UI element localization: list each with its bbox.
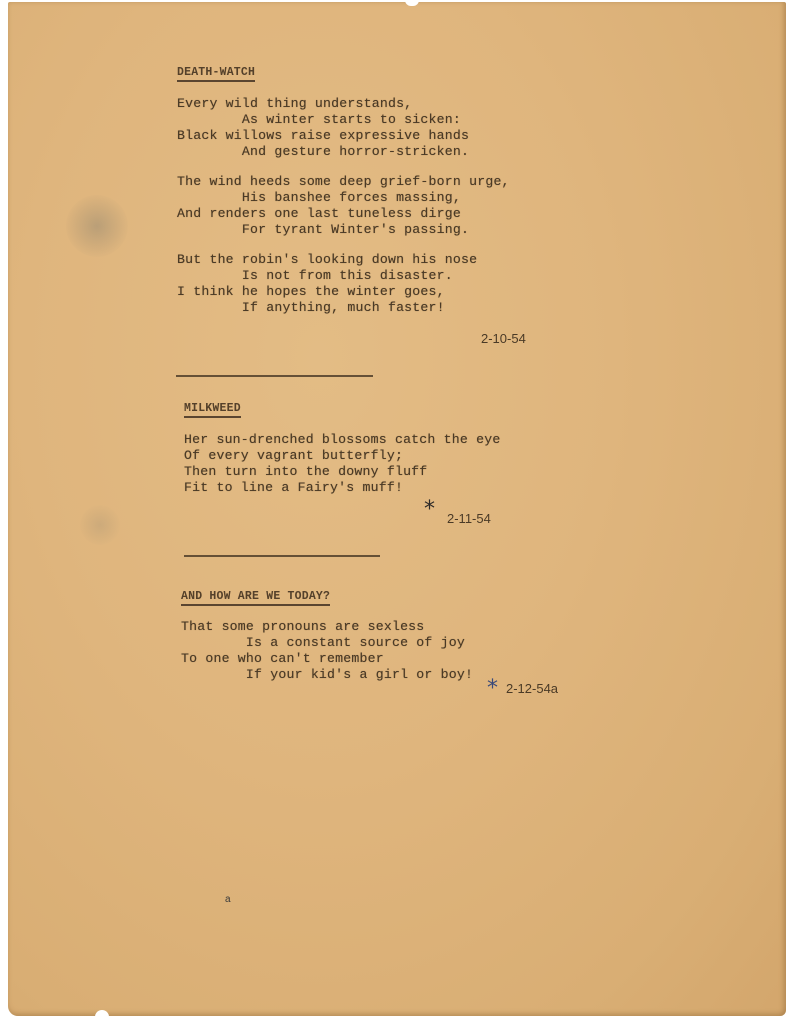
- poem-line: Of every vagrant butterfly;: [184, 448, 403, 464]
- poem-line: If anything, much faster!: [177, 300, 445, 316]
- poem-line: To one who can't remember: [181, 651, 384, 667]
- poem-line: That some pronouns are sexless: [181, 619, 424, 635]
- poem-line: His banshee forces massing,: [177, 190, 461, 206]
- poem-line: Is not from this disaster.: [177, 268, 453, 284]
- poem-line: Then turn into the downy fluff: [184, 464, 427, 480]
- poem-date: 2-11-54: [447, 511, 491, 526]
- asterisk-annotation-icon: *: [424, 499, 435, 521]
- poem-date: 2-12-54a: [506, 681, 558, 696]
- poem-line: Fit to line a Fairy's muff!: [184, 480, 403, 496]
- poem-line: Is a constant source of joy: [181, 635, 465, 651]
- poem-line: But the robin's looking down his nose: [177, 252, 477, 268]
- poem-title: MILKWEED: [184, 402, 241, 418]
- poem-line: Her sun-drenched blossoms catch the eye: [184, 432, 500, 448]
- asterisk-annotation-icon: *: [487, 678, 498, 700]
- paper-tear-bottom: [95, 1010, 109, 1020]
- paper-stain: [80, 505, 120, 545]
- poem-title: AND HOW ARE WE TODAY?: [181, 590, 330, 606]
- poem-line: Every wild thing understands,: [177, 96, 412, 112]
- poem-line: For tyrant Winter's passing.: [177, 222, 469, 238]
- section-divider: [184, 555, 380, 557]
- poem-line: And renders one last tuneless dirge: [177, 206, 461, 222]
- poem-line: And gesture horror-stricken.: [177, 144, 469, 160]
- section-divider: [176, 375, 373, 377]
- poem-line: Black willows raise expressive hands: [177, 128, 469, 144]
- paper-stain: [66, 195, 128, 257]
- poem-line: I think he hopes the winter goes,: [177, 284, 445, 300]
- poem-line: As winter starts to sicken:: [177, 112, 461, 128]
- poem-line: If your kid's a girl or boy!: [181, 667, 473, 683]
- poem-title: DEATH-WATCH: [177, 66, 255, 82]
- poem-date: 2-10-54: [481, 331, 526, 346]
- page-mark: a: [225, 894, 231, 905]
- poem-line: The wind heeds some deep grief-born urge…: [177, 174, 510, 190]
